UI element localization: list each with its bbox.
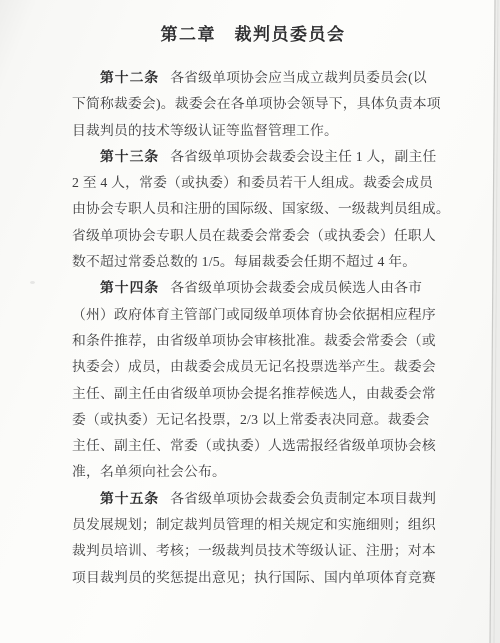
article-15-number: 第十五条 (100, 491, 159, 506)
document-page: 第二章 裁判员委员会 第十二条各省级单项协会应当成立裁判员委员会(以 下简称裁委… (0, 0, 500, 643)
article-12: 第十二条各省级单项协会应当成立裁判员委员会(以 下简称裁委会)。裁委会在各单项协… (72, 65, 434, 144)
article-15-line: 员发展规划；制定裁判员管理的相关规定和实施细则；组织 (72, 512, 434, 538)
article-15-line: 第十五条各省级单项协会裁委会负责制定本项目裁判 (72, 486, 434, 512)
article-12-line: 下简称裁委会)。裁委会在各单项协会领导下，具体负责本项 (72, 91, 434, 117)
article-14-line: 准，名单须向社会公布。 (72, 459, 434, 485)
article-14-line: 委（或执委）无记名投票，2/3 以上常委表决同意。裁委会 (72, 407, 434, 433)
article-14: 第十四条各省级单项协会裁委会成员候选人由各市 （州）政府体育主管部门或同级单项体… (72, 275, 434, 485)
article-13-line: 省级单项协会专职人员在裁委会常委会（或执委会）任职人 (72, 223, 434, 249)
article-12-line: 目裁判员的技术等级认证等监督管理工作。 (72, 118, 434, 144)
document-content: 第二章 裁判员委员会 第十二条各省级单项协会应当成立裁判员委员会(以 下简称裁委… (72, 24, 434, 591)
article-13-line: 第十三条各省级单项协会裁委会设主任 1 人，副主任 (72, 144, 434, 170)
article-13-line: 由协会专职人员和注册的国际级、国家级、一级裁判员组成。 (72, 196, 434, 222)
article-14-line: 第十四条各省级单项协会裁委会成员候选人由各市 (72, 275, 434, 301)
article-13-line: 数不超过常委总数的 1/5。每届裁委会任期不超过 4 年。 (72, 249, 434, 275)
article-14-line: 主任、副主任由省级单项协会提名推荐候选人，由裁委会常 (72, 381, 434, 407)
article-12-text: 各省级单项协会应当成立裁判员委员会(以 (170, 70, 427, 85)
article-13-number: 第十三条 (100, 149, 159, 164)
article-13-text: 各省级单项协会裁委会设主任 1 人，副主任 (170, 149, 436, 164)
article-14-text: 各省级单项协会裁委会成员候选人由各市 (170, 280, 422, 295)
article-15: 第十五条各省级单项协会裁委会负责制定本项目裁判 员发展规划；制定裁判员管理的相关… (72, 486, 434, 591)
article-14-line: （州）政府体育主管部门或同级单项体育协会依据相应程序 (72, 302, 434, 328)
article-12-number: 第十二条 (100, 70, 159, 85)
article-15-text: 各省级单项协会裁委会负责制定本项目裁判 (170, 491, 436, 506)
article-15-line: 项目裁判员的奖惩提出意见；执行国际、国内单项体育竞赛 (72, 565, 434, 591)
article-14-line: 执委会）成员，由裁委会成员无记名投票选举产生。裁委会 (72, 354, 434, 380)
article-12-line: 第十二条各省级单项协会应当成立裁判员委员会(以 (72, 65, 434, 91)
article-15-line: 裁判员培训、考核；一级裁判员技术等级认证、注册；对本 (72, 538, 434, 564)
scan-artifact-smudge (30, 281, 35, 284)
chapter-title: 第二章 裁判员委员会 (72, 24, 434, 46)
article-13: 第十三条各省级单项协会裁委会设主任 1 人，副主任 2 至 4 人，常委（或执委… (72, 144, 434, 275)
article-14-number: 第十四条 (100, 280, 159, 295)
article-14-line: 主任、副主任、常委（或执委）人选需报经省级单项协会核 (72, 433, 434, 459)
article-13-line: 2 至 4 人，常委（或执委）和委员若干人组成。裁委会成员 (72, 170, 434, 196)
article-14-line: 和条件推荐，由省级单项协会审核批准。裁委会常委会（或 (72, 328, 434, 354)
